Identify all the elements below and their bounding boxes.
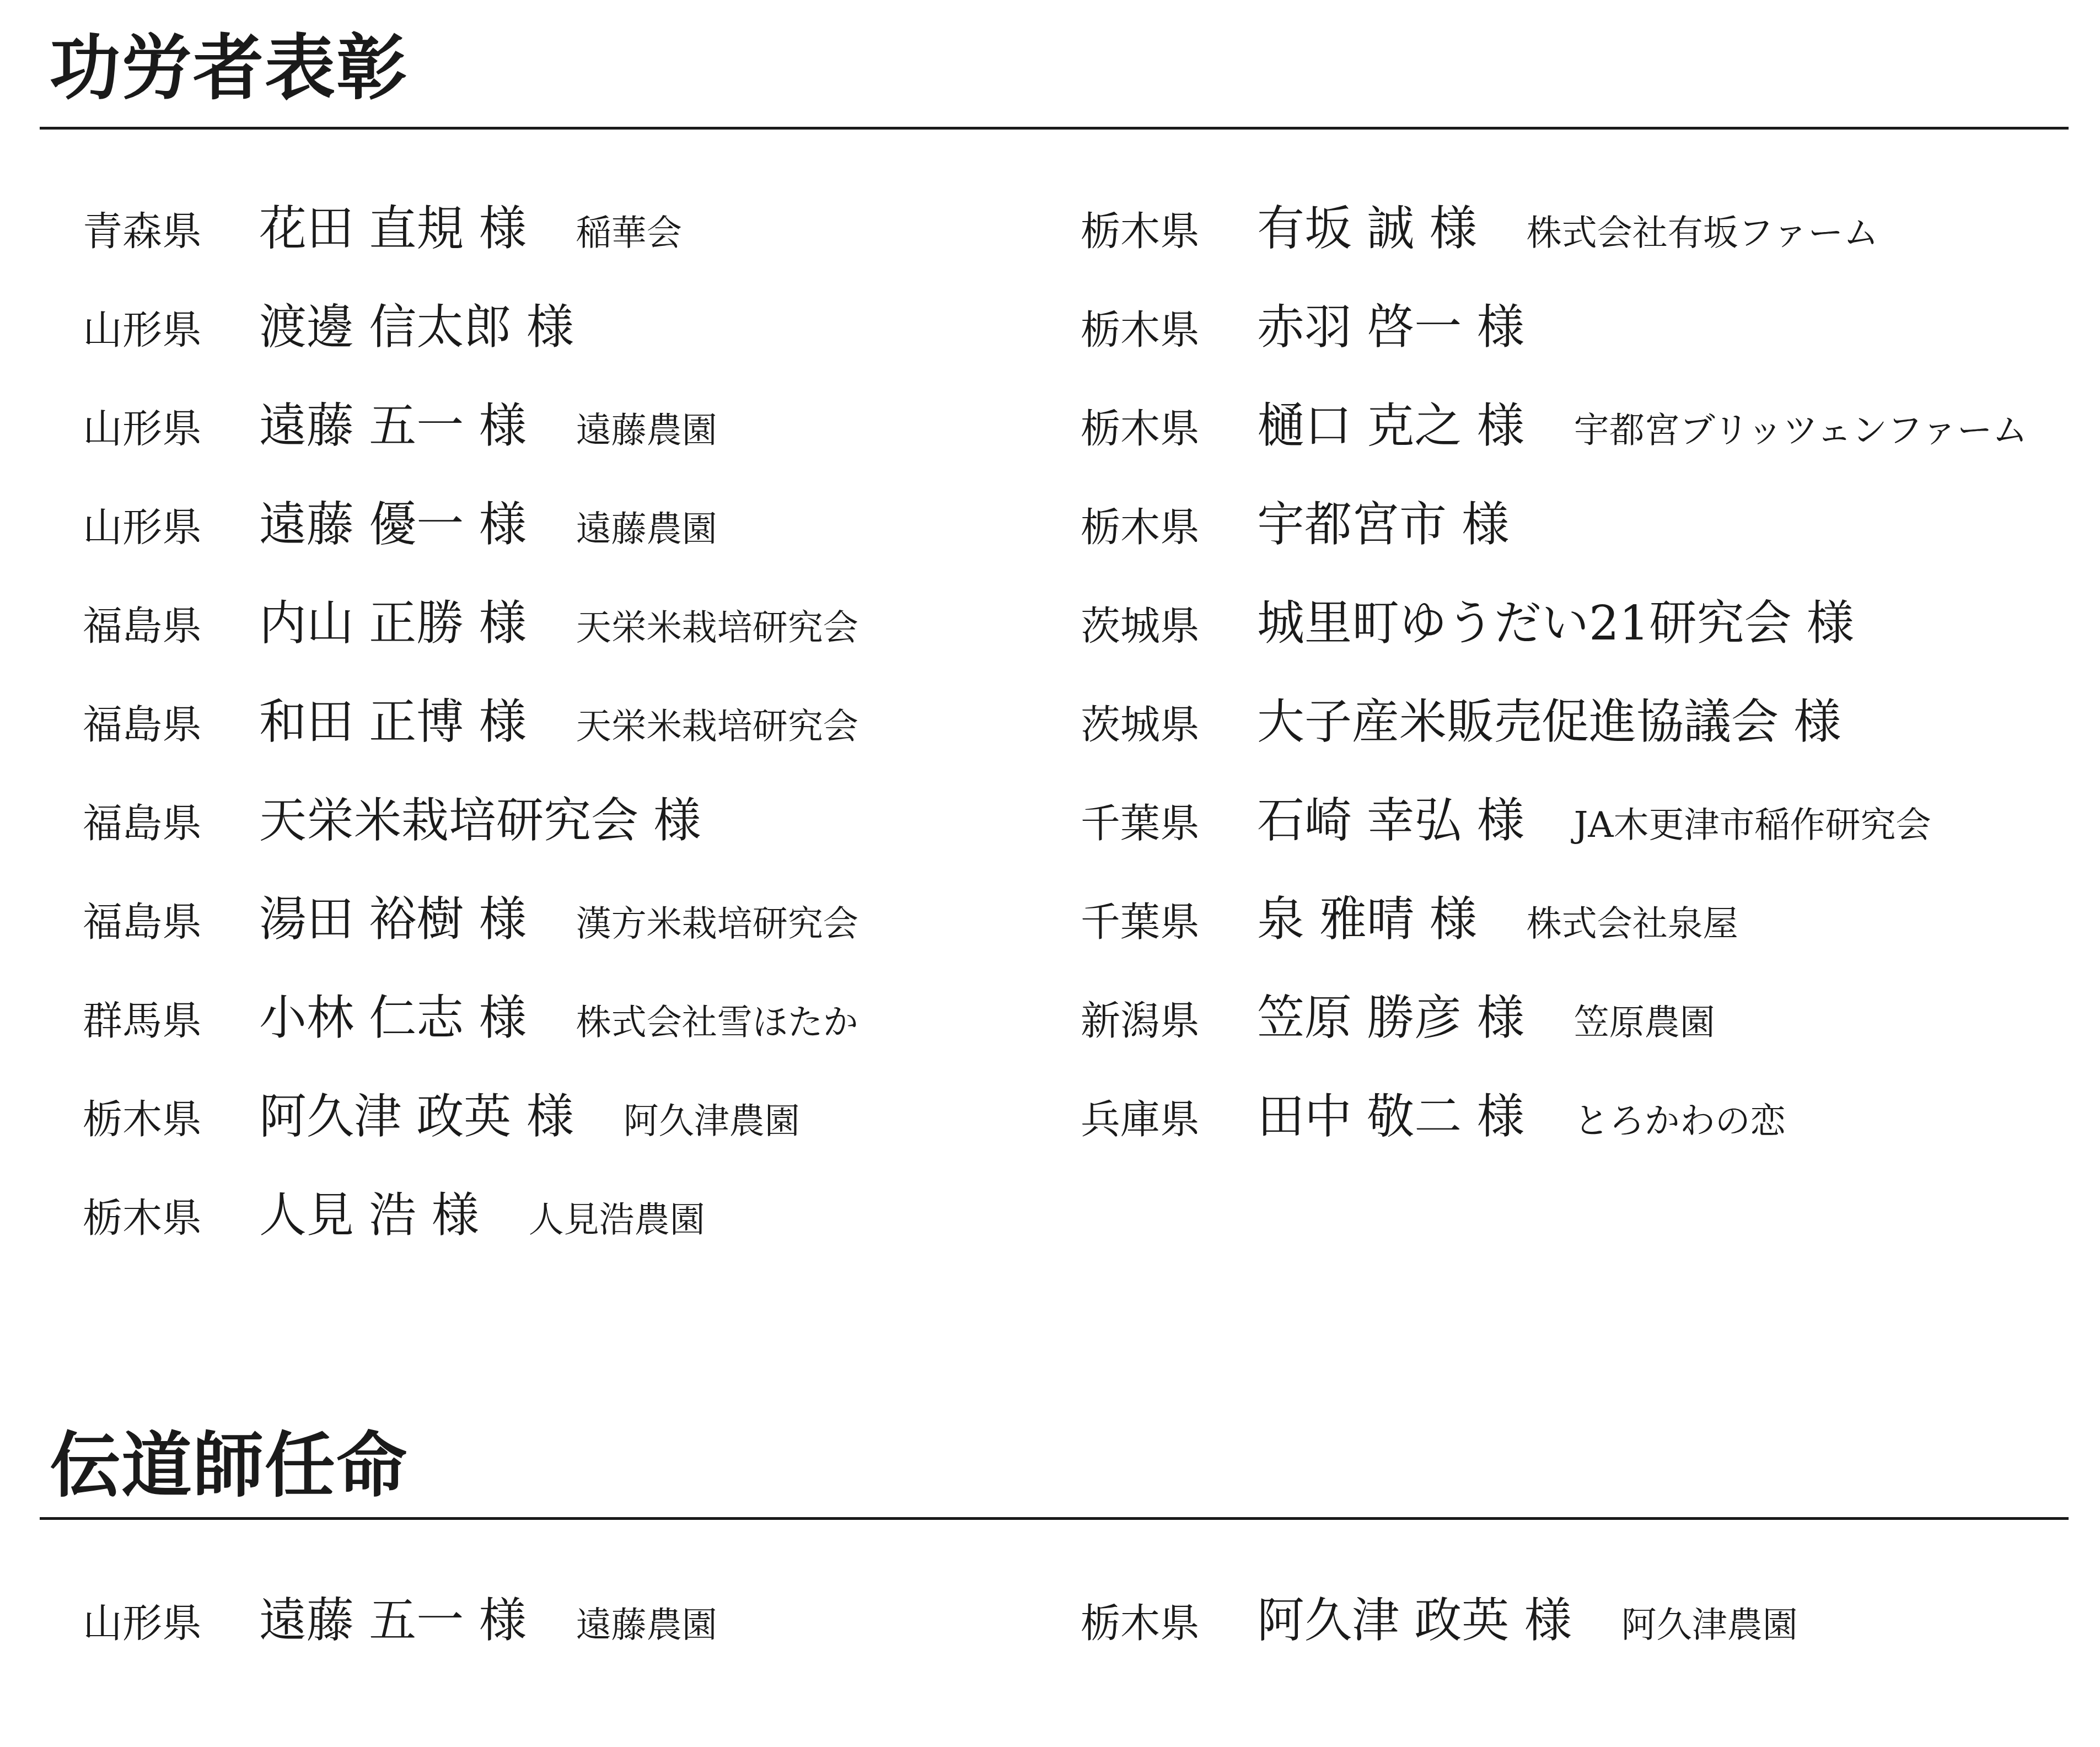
organization-name: 天栄米栽培研究会 bbox=[576, 698, 858, 749]
prefecture-label: 栃木県 bbox=[1081, 495, 1257, 552]
divider bbox=[40, 1517, 2069, 1520]
organization-name: 阿久津農園 bbox=[624, 1093, 800, 1143]
prefecture-label: 福島県 bbox=[83, 594, 259, 651]
prefecture-label: 栃木県 bbox=[1081, 199, 1257, 256]
prefecture-label: 山形県 bbox=[83, 298, 259, 355]
honoree-name: 遠藤 五一 様 bbox=[259, 388, 527, 456]
honoree-name: 小林 仁志 様 bbox=[259, 980, 527, 1048]
list-item: 栃木県阿久津 政英 様阿久津農園 bbox=[83, 1078, 800, 1147]
list-item: 栃木県人見 浩 様人見浩農園 bbox=[83, 1177, 705, 1245]
honoree-name: 渡邊 信太郎 様 bbox=[259, 289, 574, 357]
organization-name: 天栄米栽培研究会 bbox=[576, 599, 858, 650]
organization-name: 稲華会 bbox=[576, 205, 682, 255]
honoree-name: 遠藤 五一 様 bbox=[259, 1582, 527, 1651]
organization-name: 阿久津農園 bbox=[1621, 1597, 1798, 1647]
organization-name: とろかわの恋 bbox=[1574, 1093, 1786, 1143]
list-item: 福島県和田 正博 様天栄米栽培研究会 bbox=[83, 684, 858, 752]
prefecture-label: 福島県 bbox=[83, 791, 259, 848]
prefecture-label: 栃木県 bbox=[83, 1186, 259, 1243]
organization-name: 遠藤農園 bbox=[576, 1597, 717, 1647]
prefecture-label: 福島県 bbox=[83, 890, 259, 947]
honoree-name: 阿久津 政英 様 bbox=[259, 1078, 574, 1147]
section-title-awards: 功労者表彰 bbox=[50, 33, 408, 104]
honoree-name: 城里町ゆうだい21研究会 様 bbox=[1257, 585, 1854, 653]
prefecture-label: 千葉県 bbox=[1081, 890, 1257, 947]
honoree-name: 石崎 幸弘 様 bbox=[1257, 782, 1524, 851]
honoree-name: 樋口 克之 様 bbox=[1257, 388, 1524, 456]
list-item: 千葉県石崎 幸弘 様JA木更津市稲作研究会 bbox=[1081, 782, 1931, 851]
list-item: 福島県湯田 裕樹 様漢方米栽培研究会 bbox=[83, 881, 858, 949]
list-item: 福島県天栄米栽培研究会 様 bbox=[83, 782, 750, 851]
organization-name: 人見浩農園 bbox=[529, 1191, 705, 1242]
honoree-name: 田中 敬二 様 bbox=[1257, 1078, 1524, 1147]
list-item: 群馬県小林 仁志 様株式会社雪ほたか bbox=[83, 980, 858, 1048]
organization-name: 遠藤農園 bbox=[576, 402, 717, 453]
honoree-name: 花田 直規 様 bbox=[259, 190, 527, 259]
prefecture-label: 栃木県 bbox=[1081, 396, 1257, 454]
honoree-name: 有坂 誠 様 bbox=[1257, 190, 1477, 259]
list-item: 栃木県有坂 誠 様株式会社有坂ファーム bbox=[1081, 190, 1878, 259]
honoree-name: 赤羽 啓一 様 bbox=[1257, 289, 1524, 357]
list-item: 青森県花田 直規 様稲華会 bbox=[83, 190, 682, 259]
honoree-name: 天栄米栽培研究会 様 bbox=[259, 782, 701, 851]
list-item: 山形県遠藤 五一 様遠藤農園 bbox=[83, 1582, 717, 1651]
honoree-name: 阿久津 政英 様 bbox=[1257, 1582, 1572, 1651]
list-item: 栃木県宇都宮市 様 bbox=[1081, 486, 1559, 555]
organization-name: 株式会社雪ほたか bbox=[576, 994, 858, 1045]
section-title-evangelist: 伝道師任命 bbox=[50, 1431, 408, 1501]
organization-name: 笠原農園 bbox=[1574, 994, 1715, 1045]
list-item: 兵庫県田中 敬二 様とろかわの恋 bbox=[1081, 1078, 1786, 1147]
divider bbox=[40, 127, 2069, 130]
prefecture-label: 栃木県 bbox=[83, 1087, 259, 1144]
prefecture-label: 千葉県 bbox=[1081, 791, 1257, 848]
prefecture-label: 山形県 bbox=[83, 495, 259, 552]
prefecture-label: 茨城県 bbox=[1081, 692, 1257, 750]
prefecture-label: 栃木県 bbox=[1081, 1591, 1257, 1648]
honoree-name: 泉 雅晴 様 bbox=[1257, 881, 1477, 949]
organization-name: 宇都宮ブリッツェンファーム bbox=[1574, 402, 2028, 453]
list-item: 栃木県赤羽 啓一 様 bbox=[1081, 289, 1574, 357]
list-item: 新潟県笠原 勝彦 様笠原農園 bbox=[1081, 980, 1715, 1048]
prefecture-label: 新潟県 bbox=[1081, 988, 1257, 1046]
list-item: 山形県渡邊 信太郎 様 bbox=[83, 289, 624, 357]
honoree-name: 笠原 勝彦 様 bbox=[1257, 980, 1524, 1048]
list-item: 茨城県城里町ゆうだい21研究会 様 bbox=[1081, 585, 1904, 653]
prefecture-label: 茨城県 bbox=[1081, 594, 1257, 651]
prefecture-label: 群馬県 bbox=[83, 988, 259, 1046]
honoree-name: 宇都宮市 様 bbox=[1257, 486, 1509, 555]
honoree-name: 大子産米販売促進協議会 様 bbox=[1257, 684, 1841, 752]
list-item: 山形県遠藤 優一 様遠藤農園 bbox=[83, 486, 717, 555]
honoree-name: 和田 正博 様 bbox=[259, 684, 527, 752]
list-item: 千葉県泉 雅晴 様株式会社泉屋 bbox=[1081, 881, 1738, 949]
honoree-name: 遠藤 優一 様 bbox=[259, 486, 527, 555]
prefecture-label: 兵庫県 bbox=[1081, 1087, 1257, 1144]
organization-name: 株式会社有坂ファーム bbox=[1527, 205, 1879, 255]
list-item: 福島県内山 正勝 様天栄米栽培研究会 bbox=[83, 585, 858, 653]
prefecture-label: 山形県 bbox=[83, 396, 259, 454]
list-item: 栃木県阿久津 政英 様阿久津農園 bbox=[1081, 1582, 1798, 1651]
prefecture-label: 福島県 bbox=[83, 692, 259, 750]
organization-name: JA木更津市稲作研究会 bbox=[1574, 797, 1931, 847]
list-item: 山形県遠藤 五一 様遠藤農園 bbox=[83, 388, 717, 456]
list-item: 栃木県樋口 克之 様宇都宮ブリッツェンファーム bbox=[1081, 388, 2028, 456]
honoree-name: 湯田 裕樹 様 bbox=[259, 881, 527, 949]
prefecture-label: 栃木県 bbox=[1081, 298, 1257, 355]
organization-name: 漢方米栽培研究会 bbox=[576, 895, 858, 946]
list-item: 茨城県大子産米販売促進協議会 様 bbox=[1081, 684, 1890, 752]
organization-name: 株式会社泉屋 bbox=[1527, 895, 1738, 946]
prefecture-label: 青森県 bbox=[83, 199, 259, 256]
organization-name: 遠藤農園 bbox=[576, 501, 717, 551]
prefecture-label: 山形県 bbox=[83, 1591, 259, 1648]
honoree-name: 内山 正勝 様 bbox=[259, 585, 527, 653]
honoree-name: 人見 浩 様 bbox=[259, 1177, 479, 1245]
